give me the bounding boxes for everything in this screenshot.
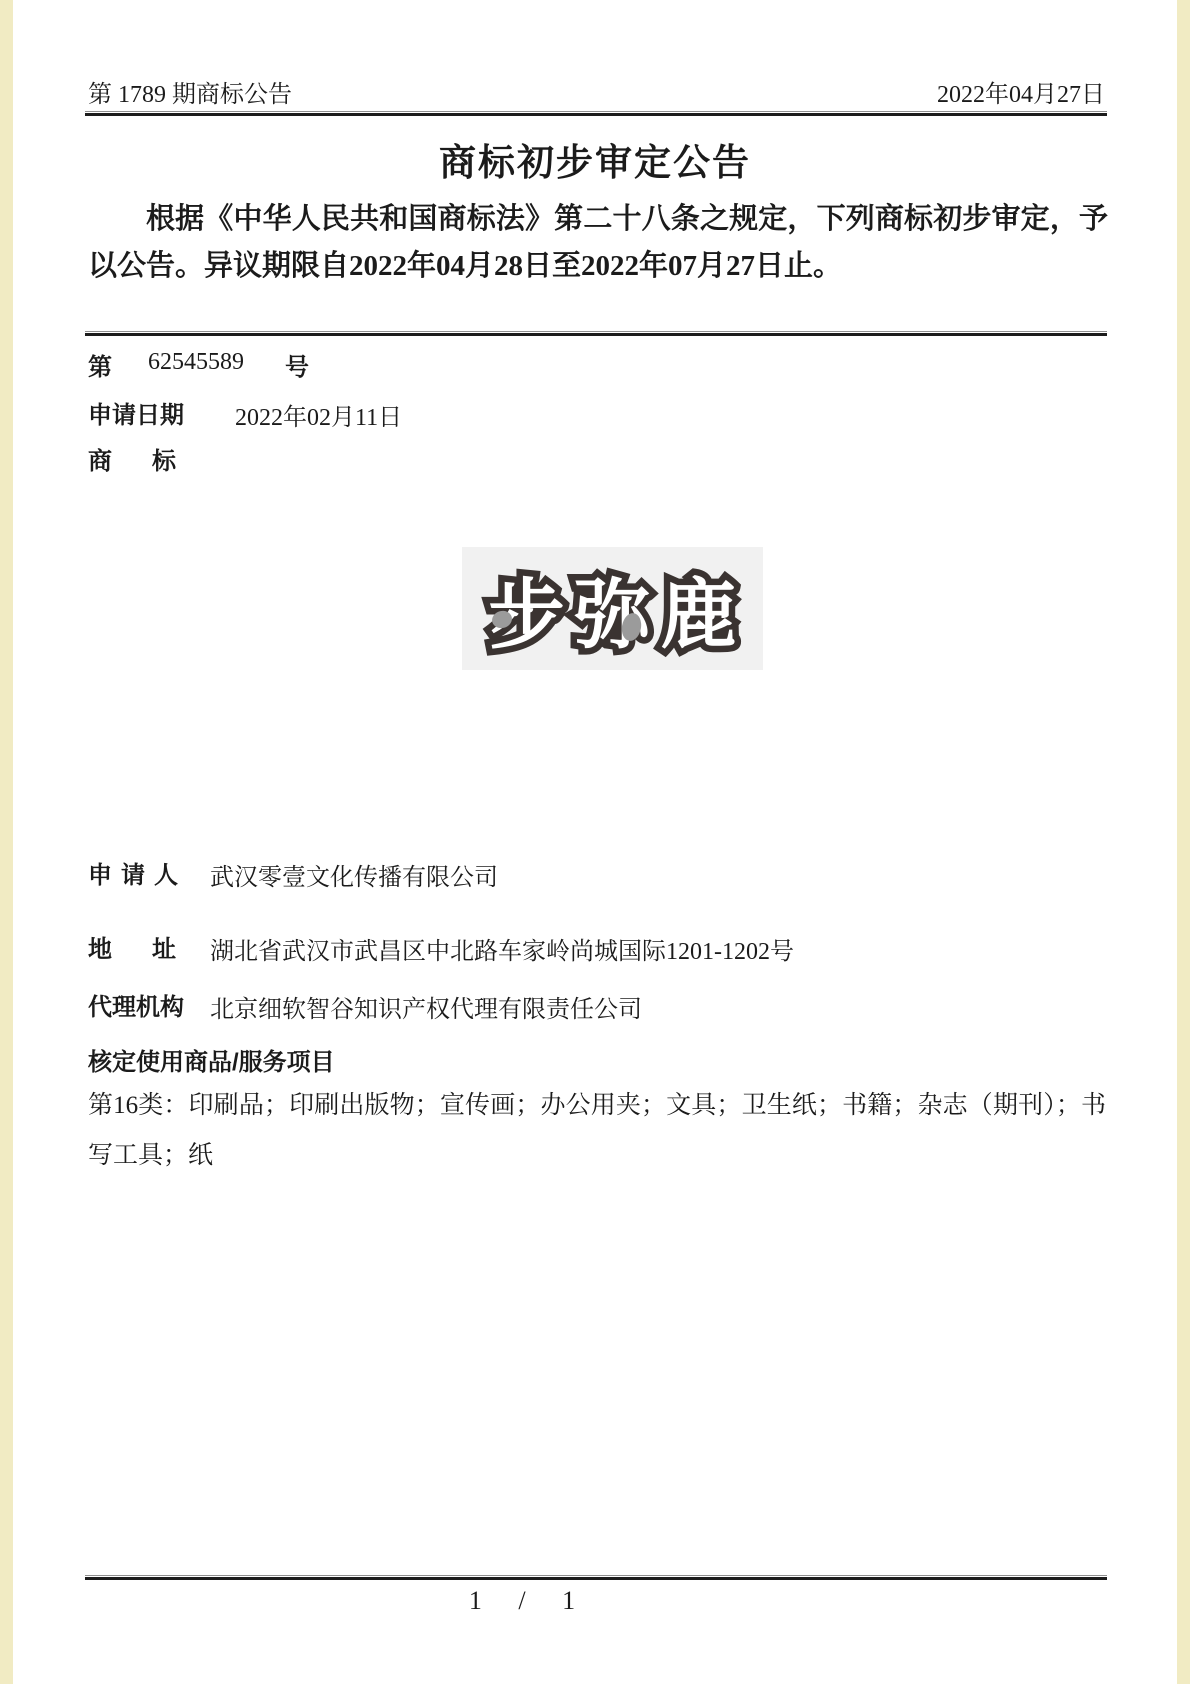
current-page: 1 — [469, 1586, 482, 1615]
footer-rule — [85, 1575, 1107, 1580]
number-suffix-label: 号 — [285, 347, 309, 382]
trademark-image: 步弥鹿 步弥鹿 — [462, 547, 763, 670]
application-number: 62545589 — [148, 349, 244, 376]
trademark-text: 步弥鹿 — [462, 547, 763, 670]
agent-label: 代理机构 — [88, 987, 184, 1022]
page-separator: / — [518, 1586, 525, 1615]
number-prefix-label: 第 — [88, 347, 112, 382]
address-value: 湖北省武汉市武昌区中北路车家岭尚城国际1201-1202号 — [210, 931, 794, 966]
applicant-name: 武汉零壹文化传播有限公司 — [210, 857, 498, 892]
goods-services-list: 第16类：印刷品；印刷出版物；宣传画；办公用夹；文具；卫生纸；书籍；杂志（期刊）… — [88, 1081, 1106, 1181]
goods-services-heading: 核定使用商品/服务项目 — [88, 1042, 335, 1077]
right-edge-band — [1177, 0, 1190, 1684]
left-edge-band — [0, 0, 13, 1684]
section-rule — [85, 331, 1107, 336]
total-pages: 1 — [562, 1586, 575, 1615]
page-title: 商标初步审定公告 — [0, 132, 1190, 186]
trademark-label: 商标 — [88, 441, 216, 476]
trademark-gazette-page: 第 1789 期商标公告 2022年04月27日 商标初步审定公告 根据《中华人… — [0, 0, 1190, 1684]
application-date-label: 申请日期 — [88, 395, 184, 430]
agent-name: 北京细软智谷知识产权代理有限责任公司 — [210, 989, 642, 1024]
application-date: 2022年02月11日 — [235, 397, 402, 432]
applicant-label: 申请人 — [88, 855, 187, 890]
gazette-date: 2022年04月27日 — [937, 74, 1105, 109]
page-number: 1 / 1 — [0, 1586, 1117, 1616]
announcement-intro: 根据《中华人民共和国商标法》第二十八条之规定，下列商标初步审定，予以公告。异议期… — [88, 196, 1108, 290]
address-label: 地址 — [88, 929, 216, 964]
gazette-issue: 第 1789 期商标公告 — [88, 74, 292, 109]
header-rule — [85, 111, 1107, 116]
